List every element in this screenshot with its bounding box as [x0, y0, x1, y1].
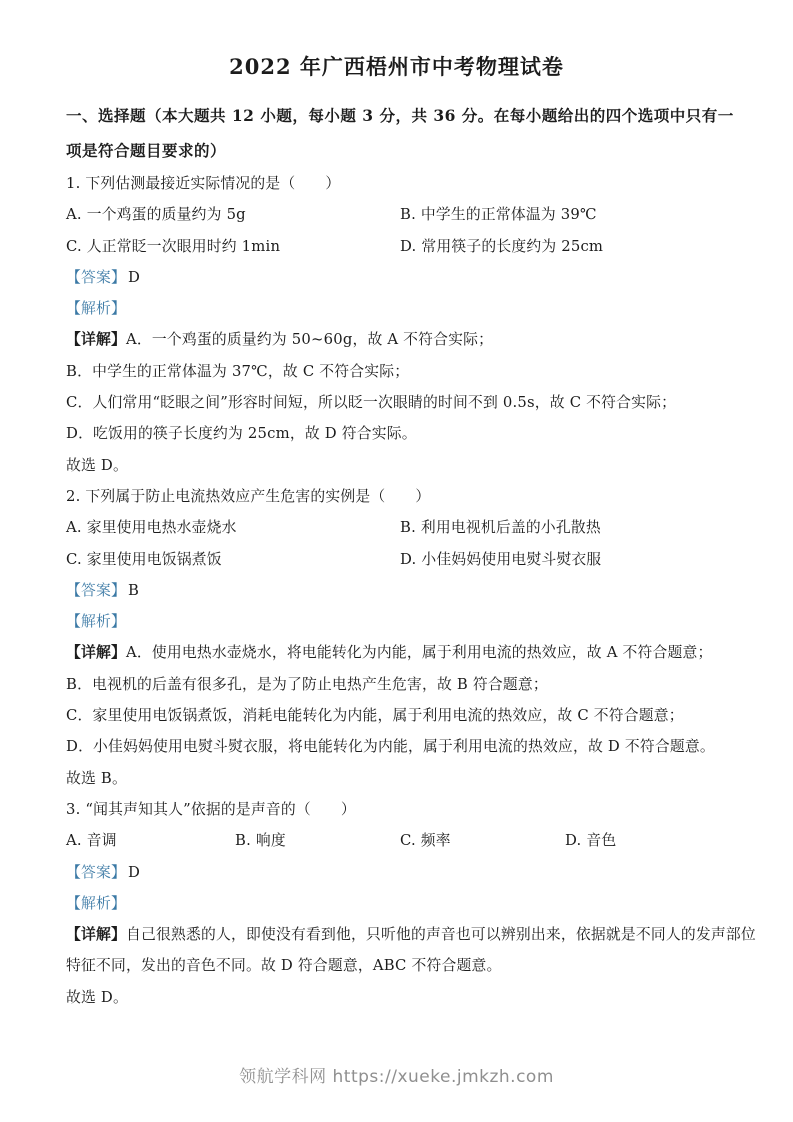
option-d: D. 小佳妈妈使用电熨斗熨衣服: [400, 544, 757, 575]
option-b: B. 利用电视机后盖的小孔散热: [400, 512, 757, 543]
question-1-detail-line-3: C．人们常用“眨眼之间”形容时间短，所以眨一次眼睛的时间不到 0.5s，故 C …: [66, 387, 757, 418]
section-heading-line-1: 一、选择题（本大题共 12 小题，每小题 3 分，共 36 分。在每小题给出的四…: [66, 98, 757, 133]
detail-label: 【详解】: [66, 644, 126, 661]
question-2-conclusion: 故选 B。: [66, 763, 757, 794]
page-title: 2022 年广西梧州市中考物理试卷: [66, 52, 727, 82]
detail-text: A．一个鸡蛋的质量约为 50~60g，故 A 不符合实际；: [126, 331, 493, 348]
question-1-detail-line-4: D．吃饭用的筷子长度约为 25cm，故 D 符合实际。: [66, 418, 757, 449]
question-1-block: 1. 下列估测最接近实际情况的是（ ） A. 一个鸡蛋的质量约为 5g B. 中…: [66, 168, 757, 481]
question-2-analysis-line: 【解析】: [66, 606, 757, 637]
question-1-analysis-line: 【解析】: [66, 293, 757, 324]
analysis-label: 【解析】: [66, 895, 126, 912]
section-heading-line-2: 项是符合题目要求的）: [66, 133, 757, 168]
question-1-detail-line-1: 【详解】A．一个鸡蛋的质量约为 50~60g，故 A 不符合实际；: [66, 324, 757, 355]
question-3-block: 3. “闻其声知其人”依据的是声音的（ ） A. 音调 B. 响度 C. 频率 …: [66, 794, 757, 1013]
question-2-detail-line-3: C．家里使用电饭锅煮饭，消耗电能转化为内能，属于利用电流的热效应，故 C 不符合…: [66, 700, 757, 731]
answer-value: B: [126, 582, 139, 599]
analysis-label: 【解析】: [66, 300, 126, 317]
answer-value: D: [126, 269, 140, 286]
detail-label: 【详解】: [66, 926, 126, 943]
watermark-footer: 领航学科网 https://xueke.jmkzh.com: [0, 1064, 793, 1090]
question-2-answer-line: 【答案】B: [66, 575, 757, 606]
detail-text: 自己很熟悉的人，即使没有看到他，只听他的声音也可以辨别出来，依据就是不同人的发声…: [126, 926, 756, 943]
question-3-conclusion: 故选 D。: [66, 982, 757, 1013]
answer-label: 【答案】: [66, 864, 126, 881]
option-d: D. 常用筷子的长度约为 25cm: [400, 231, 757, 262]
question-3-stem: 3. “闻其声知其人”依据的是声音的（ ）: [66, 794, 757, 825]
question-1-conclusion: 故选 D。: [66, 450, 757, 481]
question-3-detail-line-2: 特征不同，发出的音色不同。故 D 符合题意，ABC 不符合题意。: [66, 950, 757, 981]
question-1-options-row-2: C. 人正常眨一次眼用时约 1min D. 常用筷子的长度约为 25cm: [66, 231, 757, 262]
detail-text: A．使用电热水壶烧水，将电能转化为内能，属于利用电流的热效应，故 A 不符合题意…: [126, 644, 712, 661]
question-2-detail-line-2: B．电视机的后盖有很多孔，是为了防止电热产生危害，故 B 符合题意；: [66, 669, 757, 700]
question-2-stem: 2. 下列属于防止电流热效应产生危害的实例是（ ）: [66, 481, 757, 512]
answer-value: D: [126, 864, 140, 881]
question-1-answer-line: 【答案】D: [66, 262, 757, 293]
option-d: D. 音色: [565, 825, 757, 856]
question-3-detail-line-1: 【详解】自己很熟悉的人，即使没有看到他，只听他的声音也可以辨别出来，依据就是不同…: [66, 919, 757, 950]
option-c: C. 频率: [400, 825, 565, 856]
question-2-detail-line-1: 【详解】A．使用电热水壶烧水，将电能转化为内能，属于利用电流的热效应，故 A 不…: [66, 637, 757, 668]
question-2-options-row-1: A. 家里使用电热水壶烧水 B. 利用电视机后盖的小孔散热: [66, 512, 757, 543]
question-1-stem: 1. 下列估测最接近实际情况的是（ ）: [66, 168, 757, 199]
question-3-analysis-line: 【解析】: [66, 888, 757, 919]
question-2-block: 2. 下列属于防止电流热效应产生危害的实例是（ ） A. 家里使用电热水壶烧水 …: [66, 481, 757, 794]
option-b: B. 中学生的正常体温为 39℃: [400, 199, 757, 230]
question-1-detail-line-2: B．中学生的正常体温为 37℃，故 C 不符合实际；: [66, 356, 757, 387]
answer-label: 【答案】: [66, 582, 126, 599]
option-b: B. 响度: [235, 825, 400, 856]
question-2-options-row-2: C. 家里使用电饭锅煮饭 D. 小佳妈妈使用电熨斗熨衣服: [66, 544, 757, 575]
option-a: A. 一个鸡蛋的质量约为 5g: [66, 199, 400, 230]
option-c: C. 家里使用电饭锅煮饭: [66, 544, 400, 575]
question-2-detail-line-4: D．小佳妈妈使用电熨斗熨衣服，将电能转化为内能，属于利用电流的热效应，故 D 不…: [66, 731, 757, 762]
option-a: A. 音调: [66, 825, 235, 856]
answer-label: 【答案】: [66, 269, 126, 286]
question-3-options-row: A. 音调 B. 响度 C. 频率 D. 音色: [66, 825, 757, 856]
analysis-label: 【解析】: [66, 613, 126, 630]
option-c: C. 人正常眨一次眼用时约 1min: [66, 231, 400, 262]
exam-document-page: 2022 年广西梧州市中考物理试卷 一、选择题（本大题共 12 小题，每小题 3…: [0, 0, 793, 1013]
question-3-answer-line: 【答案】D: [66, 857, 757, 888]
detail-label: 【详解】: [66, 331, 126, 348]
section-heading: 一、选择题（本大题共 12 小题，每小题 3 分，共 36 分。在每小题给出的四…: [66, 98, 757, 168]
option-a: A. 家里使用电热水壶烧水: [66, 512, 400, 543]
question-1-options-row-1: A. 一个鸡蛋的质量约为 5g B. 中学生的正常体温为 39℃: [66, 199, 757, 230]
